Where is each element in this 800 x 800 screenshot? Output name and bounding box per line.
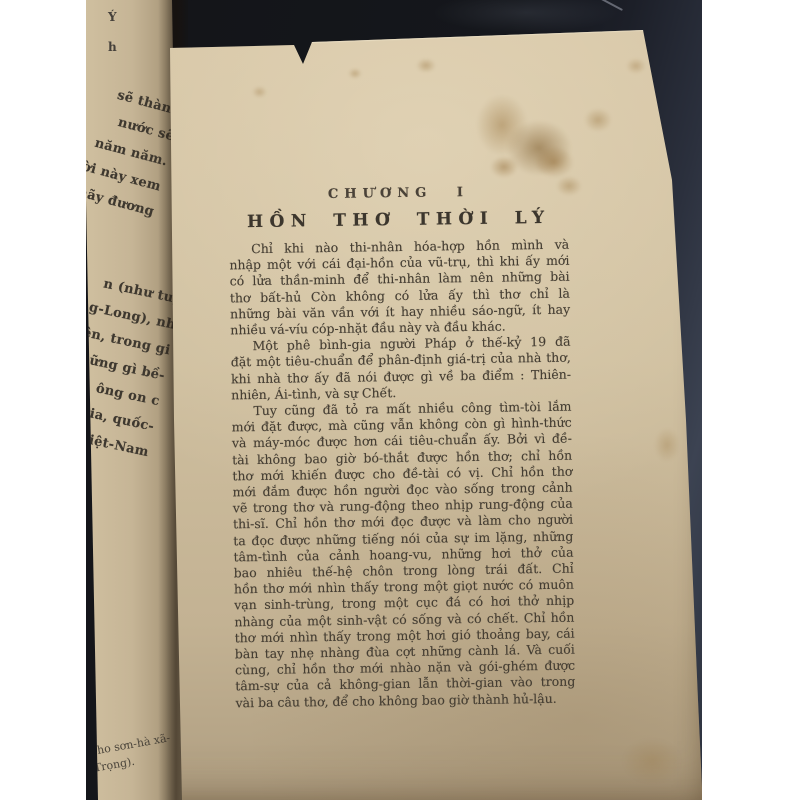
paragraph: Một phê bình-gia người Pháp ở thế-kỷ 19 … <box>230 334 571 404</box>
paragraph: Tuy cũng đã tỏ ra mất nhiều công tìm-tòi… <box>231 399 575 712</box>
corner-fragment: Ý <box>108 2 117 32</box>
corner-fragment: h <box>108 32 117 62</box>
body-text: Chỉ khi nào thi-nhân hóa-hợp hồn mình và… <box>229 237 576 712</box>
paragraph: Chỉ khi nào thi-nhân hóa-hợp hồn mình và… <box>229 237 570 339</box>
stain <box>490 156 518 178</box>
screenshot-canvas: Ýh sẽ thànhnước sẽnăm năm.ời này xemhãy … <box>0 0 800 800</box>
stain <box>584 108 612 132</box>
page-content: CHƯƠNG I HỒN THƠ THỜI LÝ Chỉ khi nào thi… <box>228 184 575 712</box>
book-photo: Ýh sẽ thànhnước sẽnăm năm.ời này xemhãy … <box>86 0 702 800</box>
stain <box>626 58 646 74</box>
stain <box>534 146 574 178</box>
stain <box>252 86 267 98</box>
page-title: HỒN THƠ THỜI LÝ <box>229 208 569 233</box>
stain <box>654 428 680 462</box>
stain <box>348 68 362 79</box>
chapter-label: CHƯƠNG I <box>228 184 568 204</box>
left-page-corner-fragments: Ýh <box>108 2 117 62</box>
stain <box>416 58 436 73</box>
stain <box>622 738 682 784</box>
